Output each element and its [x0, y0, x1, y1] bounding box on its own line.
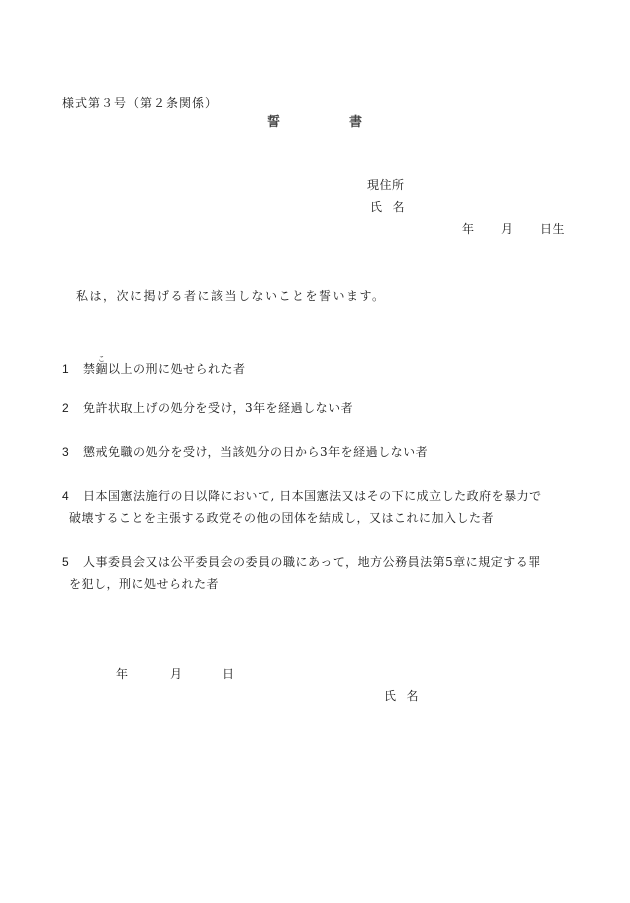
list-item: 4日本国憲法施行の日以降において, 日本国憲法又はその下に成立した政府を暴力で … [62, 489, 592, 525]
form-number-label: 様式第３号（第２条関係） [62, 94, 218, 111]
item-text-line-1: 日本国憲法施行の日以降において, 日本国憲法又はその下に成立した政府を暴力で [83, 489, 542, 503]
signature-day-label: 日 [222, 667, 235, 681]
item-number: 3 [62, 445, 83, 459]
list-item: 1禁錮こ以上の刑に処せられた者 [62, 355, 592, 376]
item-text-suffix: 以上の刑に処せられた者 [108, 362, 246, 376]
title-char-2: 書 [349, 111, 362, 130]
signature-name-char-1: 氏 [384, 689, 397, 703]
birth-year-label: 年 [462, 222, 475, 236]
ruby-reading: こ [96, 355, 109, 363]
item-text-line-2: を犯し，刑に処せられた者 [62, 577, 592, 591]
list-item: 2免許状取上げの処分を受け，3年を経過しない者 [62, 401, 592, 415]
item-text-line-2: 破壊することを主張する政党その他の団体を結成し，又はこれに加入した者 [62, 511, 592, 525]
item-number: 5 [62, 555, 83, 569]
item-number: 4 [62, 489, 83, 503]
ruby-base: 錮 [96, 362, 109, 376]
item-number: 2 [62, 401, 83, 415]
birth-day-label: 日生 [540, 222, 565, 236]
item-text-prefix: 禁 [83, 362, 96, 376]
signature-year-label: 年 [116, 667, 129, 681]
address-label: 現住所 [367, 178, 405, 192]
list-item: 5人事委員会又は公平委員会の委員の職にあって，地方公務員法第5章に規定する罪 を… [62, 555, 592, 591]
name-label-char-1: 氏 [370, 200, 383, 214]
item-text: 懲戒免職の処分を受け，当該処分の日から3年を経過しない者 [83, 445, 428, 459]
item-number: 1 [62, 362, 83, 376]
birth-month-label: 月 [501, 222, 514, 236]
name-label: 氏名 [370, 200, 405, 214]
signature-month-label: 月 [170, 667, 183, 681]
item-text-line-1: 人事委員会又は公平委員会の委員の職にあって，地方公務員法第5章に規定する罪 [83, 555, 541, 569]
title-char-1: 誓 [267, 111, 280, 130]
signature-name-label: 氏名 [384, 689, 419, 703]
pledge-statement: 私は，次に掲げる者に該当しないことを誓います。 [76, 289, 386, 303]
name-label-char-2: 名 [393, 200, 406, 214]
ruby-annotation: 錮こ [96, 362, 109, 376]
list-item: 3懲戒免職の処分を受け，当該処分の日から3年を経過しない者 [62, 445, 592, 459]
signature-name-char-2: 名 [407, 689, 420, 703]
item-text: 免許状取上げの処分を受け，3年を経過しない者 [83, 401, 353, 415]
